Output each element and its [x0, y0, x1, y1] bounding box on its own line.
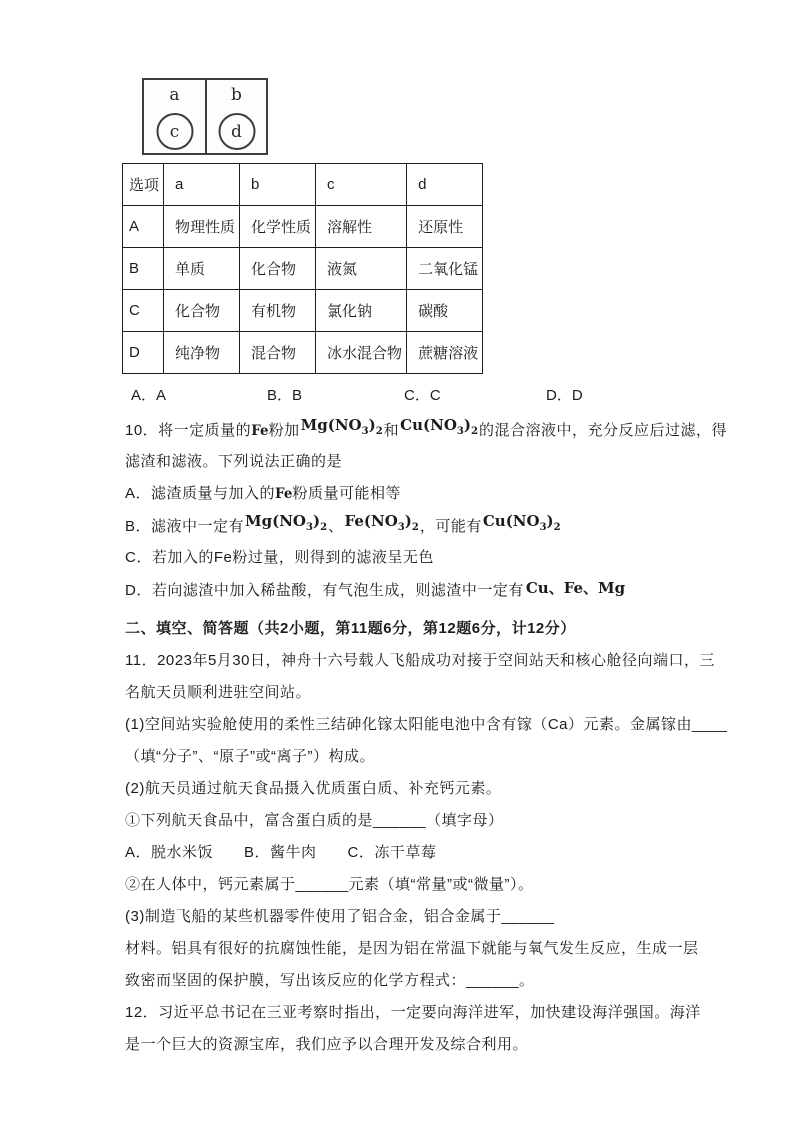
- mg-nitrate-formula: Mg(NO3)2: [244, 512, 328, 530]
- answer-choice-b: B．B: [267, 384, 302, 405]
- fe-symbol: Fe: [275, 486, 292, 502]
- question-11-stem-line-1: 11．2023年5月30日，神舟十六号载人飞船成功对接于空间站天和核心舱径向端口…: [125, 645, 705, 677]
- question-12-line-1: 12．习近平总书记在三亚考察时指出，一定要向海洋进军，加快建设海洋强国。海洋: [125, 997, 705, 1029]
- formula-part: ): [547, 512, 554, 530]
- formula-subscript: 3: [398, 522, 405, 533]
- table-cell: 有机物: [240, 290, 316, 332]
- options-table: 选项 a b c d A 物理性质 化学性质 溶解性 还原性 B 单质 化合物 …: [122, 163, 483, 374]
- question-11-sub-1-options: A．脱水米饭 B．酱牛肉 C．冻干草莓: [125, 837, 705, 869]
- formula-part: ): [369, 416, 376, 434]
- q10-text: 的混合溶液中，充分反应后过滤，得: [479, 422, 727, 439]
- table-row: B 单质 化合物 液氮 二氧化锰: [123, 248, 483, 290]
- table-cell: 二氧化锰: [407, 248, 483, 290]
- table-cell: D: [123, 332, 164, 374]
- diagram-cell-left: a c: [144, 80, 205, 153]
- table-header-cell: a: [164, 164, 240, 206]
- formula-part: Fe(NO: [345, 512, 398, 530]
- q10-text: 10．将一定质量的: [125, 422, 251, 439]
- table-cell: 还原性: [407, 206, 483, 248]
- question-10-stem-line-2: 滤渣和滤液。下列说法正确的是: [125, 446, 705, 478]
- metal-symbols: Cu、Fe、Mg: [524, 579, 625, 597]
- table-cell: 碳酸: [407, 290, 483, 332]
- question-10-stem-line-1: 10．将一定质量的Fe粉加Mg(NO3)2和Cu(NO3)2的混合溶液中，充分反…: [125, 414, 705, 446]
- q10-option-a-text: A．滤渣质量与加入的: [125, 485, 275, 502]
- question-11-part-1-line-2: （填“分子”、“原子”或“离子”）构成。: [125, 741, 705, 773]
- formula-subscript: 3: [457, 426, 464, 437]
- table-header-cell: b: [240, 164, 316, 206]
- question-11-part-1-line-1: (1)空间站实验舱使用的柔性三结砷化镓太阳能电池中含有镓（Ca）元素。金属镓由_…: [125, 709, 705, 741]
- table-cell: 混合物: [240, 332, 316, 374]
- formula-part: ): [464, 416, 471, 434]
- diagram-cell-right: b d: [205, 80, 266, 153]
- table-cell: 单质: [164, 248, 240, 290]
- diagram-circle-c: c: [156, 113, 193, 150]
- diagram-circle-c-label: c: [170, 122, 180, 142]
- formula-subscript: 3: [540, 522, 547, 533]
- formula-part: Cu(NO: [400, 416, 457, 434]
- table-cell: 蔗糖溶液: [407, 332, 483, 374]
- answer-choice-c: C．C: [404, 384, 441, 405]
- question-10-option-c: C．若加入的Fe粉过量，则得到的滤液呈无色: [125, 542, 705, 574]
- answer-choice-d: D．D: [546, 384, 583, 405]
- fe-nitrate-formula: Fe(NO3)2: [344, 512, 420, 530]
- formula-part: Cu(NO: [483, 512, 540, 530]
- q10-text: 粉加: [269, 422, 300, 439]
- q10-text: 和: [384, 422, 400, 439]
- question-10-option-d: D．若向滤渣中加入稀盐酸，有气泡生成，则滤渣中一定有Cu、Fe、Mg: [125, 574, 705, 606]
- diagram-label-b: b: [207, 85, 266, 105]
- exam-page: a c b d 选项 a b c d A 物: [0, 0, 794, 1123]
- cu-nitrate-formula: Cu(NO3)2: [399, 416, 479, 434]
- table-cell: 物理性质: [164, 206, 240, 248]
- formula-subscript: 2: [376, 426, 383, 437]
- formula-subscript: 3: [306, 522, 313, 533]
- formula-part: ): [405, 512, 412, 530]
- formula-subscript: 2: [554, 522, 561, 533]
- formula-subscript: 3: [362, 426, 369, 437]
- table-header-cell: 选项: [123, 164, 164, 206]
- venn-diagram: a c b d: [142, 78, 268, 155]
- table-cell: 化学性质: [240, 206, 316, 248]
- q10-option-b-text: ，可能有: [420, 518, 482, 535]
- answer-choices-row: A．A B．B C．C D．D: [125, 380, 705, 408]
- table-header-row: 选项 a b c d: [123, 164, 483, 206]
- question-11-sub-2: ②在人体中，钙元素属于______元素（填“常量”或“微量”）。: [125, 869, 705, 901]
- table-header-cell: c: [316, 164, 407, 206]
- q10-option-d-text: D．若向滤渣中加入稀盐酸，有气泡生成，则滤渣中一定有: [125, 582, 524, 599]
- question-10-option-a: A．滤渣质量与加入的Fe粉质量可能相等: [125, 478, 705, 510]
- question-11-part-3-line-2: 材料。铝具有很好的抗腐蚀性能，是因为铝在常温下就能与氧气发生反应，生成一层: [125, 933, 705, 965]
- table-cell: 纯净物: [164, 332, 240, 374]
- question-12-line-2: 是一个巨大的资源宝库，我们应予以合理开发及综合利用。: [125, 1029, 705, 1061]
- table-cell: 溶解性: [316, 206, 407, 248]
- diagram-circle-d: d: [218, 113, 255, 150]
- question-11-stem-line-2: 名航天员顺利进驻空间站。: [125, 677, 705, 709]
- question-11-part-3-line-3: 致密而坚固的保护膜，写出该反应的化学方程式：______。: [125, 965, 705, 997]
- table-cell: 液氮: [316, 248, 407, 290]
- q10-option-b-text: B．滤液中一定有: [125, 518, 244, 535]
- table-cell: A: [123, 206, 164, 248]
- table-cell: 化合物: [240, 248, 316, 290]
- q10-option-b-text: 、: [328, 518, 344, 535]
- question-10-option-b: B．滤液中一定有Mg(NO3)2、Fe(NO3)2，可能有Cu(NO3)2: [125, 510, 705, 542]
- question-11-part-2: (2)航天员通过航天食品摄入优质蛋白质、补充钙元素。: [125, 773, 705, 805]
- table-row: A 物理性质 化学性质 溶解性 还原性: [123, 206, 483, 248]
- page-content: a c b d 选项 a b c d A 物: [125, 78, 705, 1061]
- table-cell: 冰水混合物: [316, 332, 407, 374]
- formula-part: ): [313, 512, 320, 530]
- table-cell: 化合物: [164, 290, 240, 332]
- table-cell: C: [123, 290, 164, 332]
- question-11-part-3-line-1: (3)制造飞船的某些机器零件使用了铝合金，铝合金属于______: [125, 901, 705, 933]
- formula-part: Mg(NO: [301, 416, 362, 434]
- answer-choice-a: A．A: [131, 384, 166, 405]
- formula-subscript: 2: [320, 522, 327, 533]
- table-row: D 纯净物 混合物 冰水混合物 蔗糖溶液: [123, 332, 483, 374]
- table-cell: B: [123, 248, 164, 290]
- formula-part: Mg(NO: [245, 512, 306, 530]
- formula-subscript: 2: [471, 426, 478, 437]
- section-2-heading: 二、填空、简答题（共2小题，第11题6分，第12题6分，计12分）: [125, 613, 705, 645]
- question-11-sub-1: ①下列航天食品中，富含蛋白质的是______（填字母）: [125, 805, 705, 837]
- table-header-cell: d: [407, 164, 483, 206]
- mg-nitrate-formula: Mg(NO3)2: [300, 416, 384, 434]
- table-row: C 化合物 有机物 氯化钠 碳酸: [123, 290, 483, 332]
- question-text-block: 10．将一定质量的Fe粉加Mg(NO3)2和Cu(NO3)2的混合溶液中，充分反…: [125, 414, 705, 1061]
- fe-symbol: Fe: [251, 423, 268, 439]
- diagram-circle-d-label: d: [231, 122, 242, 142]
- formula-subscript: 2: [412, 522, 419, 533]
- diagram-label-a: a: [144, 85, 205, 105]
- q10-option-a-text: 粉质量可能相等: [292, 485, 401, 502]
- cu-nitrate-formula: Cu(NO3)2: [482, 512, 562, 530]
- table-cell: 氯化钠: [316, 290, 407, 332]
